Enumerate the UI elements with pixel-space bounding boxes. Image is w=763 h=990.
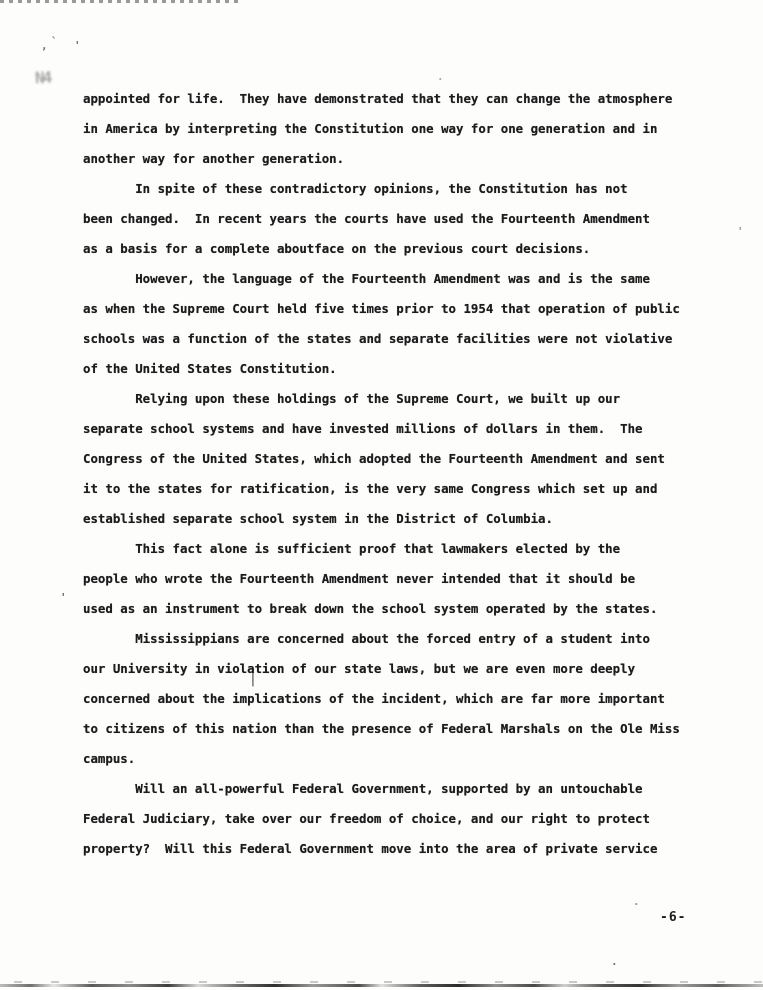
scan-bottom-edge — [0, 984, 763, 987]
scan-artifact-mark: ' — [74, 40, 81, 51]
scan-artifact-mark: . — [611, 956, 618, 967]
paragraph: However, the language of the Fourteenth … — [83, 264, 708, 384]
scanned-page: , ` ' · ' ' | · . N4 appointed for life.… — [0, 0, 763, 990]
scan-artifact-mark: ` — [51, 36, 58, 47]
document-body: appointed for life. They have demonstrat… — [83, 84, 708, 864]
scan-artifact-mark: ' — [737, 226, 744, 237]
scan-smudge-stamp: N4 — [35, 70, 51, 87]
paragraph: Relying upon these holdings of the Supre… — [83, 384, 708, 534]
page-number: -6- — [660, 903, 686, 933]
paragraph: Mississippians are concerned about the f… — [83, 624, 708, 774]
paragraph: appointed for life. They have demonstrat… — [83, 84, 708, 174]
scan-artifact-mark: ' — [60, 592, 67, 603]
paragraph: This fact alone is sufficient proof that… — [83, 534, 708, 624]
scan-artifact-mark: , — [41, 40, 48, 51]
scan-artifact-mark: · — [633, 899, 640, 910]
film-perforation-dots — [0, 0, 240, 3]
paragraph: Will an all-powerful Federal Government,… — [83, 774, 708, 864]
paragraph: In spite of these contradictory opinions… — [83, 174, 708, 264]
scan-bottom-edge-noise — [0, 981, 763, 983]
